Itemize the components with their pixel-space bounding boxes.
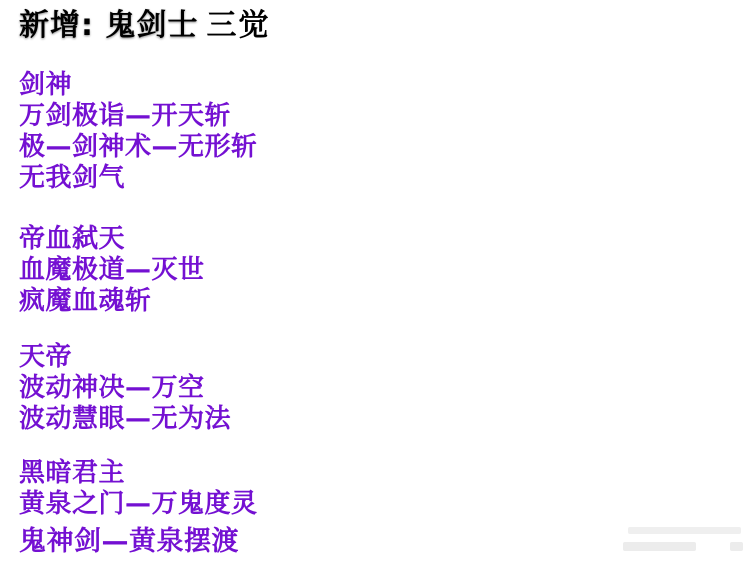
skill-name: 波动神决—万空 bbox=[19, 373, 231, 404]
title-prefix: 新增: 鬼剑士 bbox=[19, 8, 198, 43]
skill-group-heaven-emperor: 天帝 波动神决—万空 波动慧眼—无为法 bbox=[19, 342, 231, 435]
class-name: 天帝 bbox=[19, 342, 231, 373]
skill-group-emperor-blood: 帝血弑天 血魔极道—灭世 疯魔血魂斩 bbox=[19, 224, 205, 317]
watermark-smudge bbox=[623, 542, 696, 551]
watermark-smudge bbox=[628, 527, 741, 534]
skill-group-dark-lord: 黑暗君主 黄泉之门—万鬼度灵 鬼神剑—黄泉摆渡 bbox=[19, 458, 258, 557]
skill-name: 万剑极诣—开天斩 bbox=[19, 101, 258, 132]
watermark bbox=[616, 527, 746, 559]
skill-name: 无我剑气 bbox=[19, 163, 258, 194]
skill-name: 疯魔血魂斩 bbox=[19, 286, 205, 317]
skill-name: 极—剑神术—无形斩 bbox=[19, 132, 258, 163]
watermark-smudge bbox=[730, 542, 743, 551]
skill-name: 黄泉之门—万鬼度灵 bbox=[19, 489, 258, 520]
title-suffix: 三觉 bbox=[206, 8, 270, 43]
skill-name: 波动慧眼—无为法 bbox=[19, 404, 231, 435]
page: 新增: 鬼剑士三觉 剑神 万剑极诣—开天斩 极—剑神术—无形斩 无我剑气 帝血弑… bbox=[0, 0, 750, 567]
skill-name: 鬼神剑—黄泉摆渡 bbox=[19, 526, 258, 557]
class-name: 剑神 bbox=[19, 70, 258, 101]
skill-group-sword-god: 剑神 万剑极诣—开天斩 极—剑神术—无形斩 无我剑气 bbox=[19, 70, 258, 194]
class-name: 黑暗君主 bbox=[19, 458, 258, 489]
skill-name: 血魔极道—灭世 bbox=[19, 255, 205, 286]
class-name: 帝血弑天 bbox=[19, 224, 205, 255]
page-title: 新增: 鬼剑士三觉 bbox=[19, 8, 270, 44]
